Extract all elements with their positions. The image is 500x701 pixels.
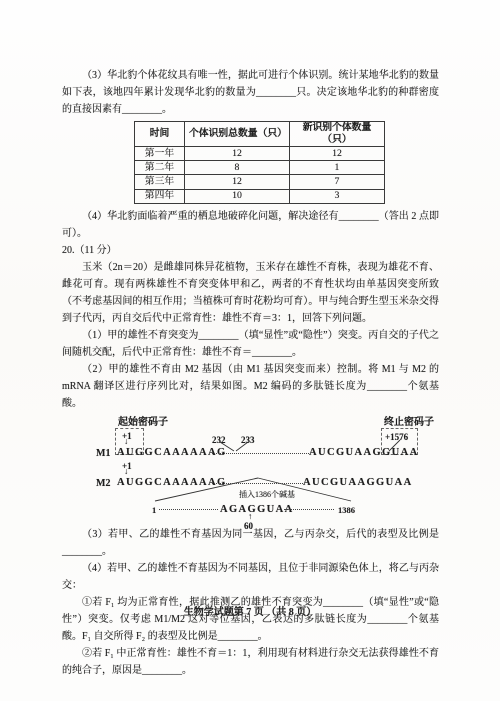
insert-end-label: 1386 — [338, 502, 355, 519]
question20-part4-sub1-text: ①若 F₁ 均为正常育性，据此推测乙的雄性不育突变为________（填“显性”… — [62, 594, 439, 645]
position-60-label: 60 — [244, 518, 253, 535]
year3-total: 12 — [185, 175, 290, 189]
question20-part4-text: （4）若甲、乙的雄性不育基因为不同基因，且位于非同源染色体上，将乙与丙杂交： — [62, 560, 439, 594]
exam-page-content: （3）华北豹个体花纹具有唯一性，据此可进行个体识别。统计某地华北豹的数量如下表，… — [62, 67, 439, 679]
col-header-newly-identified: 新识别个体数量（只） — [290, 122, 385, 147]
insert-dotted-right — [284, 509, 334, 510]
year2-new: 1 — [290, 161, 385, 175]
year1-new: 12 — [290, 147, 385, 161]
year4-label: 第四年 — [135, 189, 185, 203]
col-header-total-identified: 个体识别总数量（只） — [185, 122, 290, 147]
m1-sequence-left: AUGGCAAAAAAG — [117, 444, 227, 461]
question19-part4-text: （4）华北豹面临着严重的栖息地破碎化问题，解决途径有________（答出 2 … — [62, 208, 439, 242]
population-count-table: 时间 个体识别总数量（只） 新识别个体数量（只） 第一年 12 12 第二年 8… — [134, 121, 385, 204]
page-footer: 生物学试题第 7 页 （共 8 页） — [0, 603, 500, 618]
table-row-year3: 第三年 12 7 — [135, 175, 385, 189]
year3-new: 7 — [290, 175, 385, 189]
insert-sequence: AGAGGUAA — [220, 501, 294, 518]
question20-part4-sub2-text: ②若 F₁ 中正常育性：雄性不育＝1：1，利用现有材料进行杂交无法获得雄性不育的… — [62, 645, 439, 679]
table-row-year2: 第二年 8 1 — [135, 161, 385, 175]
insert-start-label: 1 — [152, 502, 156, 519]
question19-part3-text: （3）华北豹个体花纹具有唯一性，据此可进行个体识别。统计某地华北豹的数量如下表，… — [62, 67, 439, 118]
table-header-row: 时间 个体识别总数量（只） 新识别个体数量（只） — [135, 122, 385, 147]
year1-label: 第一年 — [135, 147, 185, 161]
m1-dotted-leader — [212, 453, 309, 454]
question20-part2-text: （2）甲的雄性不育由 M2 基因（由 M1 基因突变而来）控制。将 M1 与 M… — [62, 361, 439, 412]
year4-total: 10 — [185, 189, 290, 203]
m2-dotted-leader — [212, 483, 303, 484]
question20-part1-text: （1）甲的雄性不育突变为________（填“显性”或“隐性”）突变。丙自交的子… — [62, 327, 439, 361]
year4-new: 3 — [290, 189, 385, 203]
table-row-year1: 第一年 12 12 — [135, 147, 385, 161]
question20-intro: 玉米（2n＝20）是雌雄同株异花植物，玉米存在雄性不育株，表现为雄花不育、雌花可… — [62, 259, 439, 327]
insert-dotted-left — [159, 509, 218, 510]
m2-sequence-left: AUGGCAAAAAAG — [117, 474, 227, 491]
year2-label: 第二年 — [135, 161, 185, 175]
question20-number: 20.（11 分） — [62, 242, 439, 259]
position-233-label: 233 — [241, 432, 255, 449]
col-header-time: 时间 — [135, 122, 185, 147]
m2-row-label: M2 — [96, 475, 110, 492]
year3-label: 第三年 — [135, 175, 185, 189]
mrna-comparison-diagram: 起始密码子 终止密码子 +1 ↓ 232 233 +1576 M1 AUGGCA… — [62, 414, 439, 526]
m1-sequence-right: AUCGUAAGGUAA — [309, 444, 419, 461]
m1-row-label: M1 — [96, 445, 110, 462]
year1-total: 12 — [185, 147, 290, 161]
table-row-year4: 第四年 10 3 — [135, 189, 385, 203]
year2-total: 8 — [185, 161, 290, 175]
